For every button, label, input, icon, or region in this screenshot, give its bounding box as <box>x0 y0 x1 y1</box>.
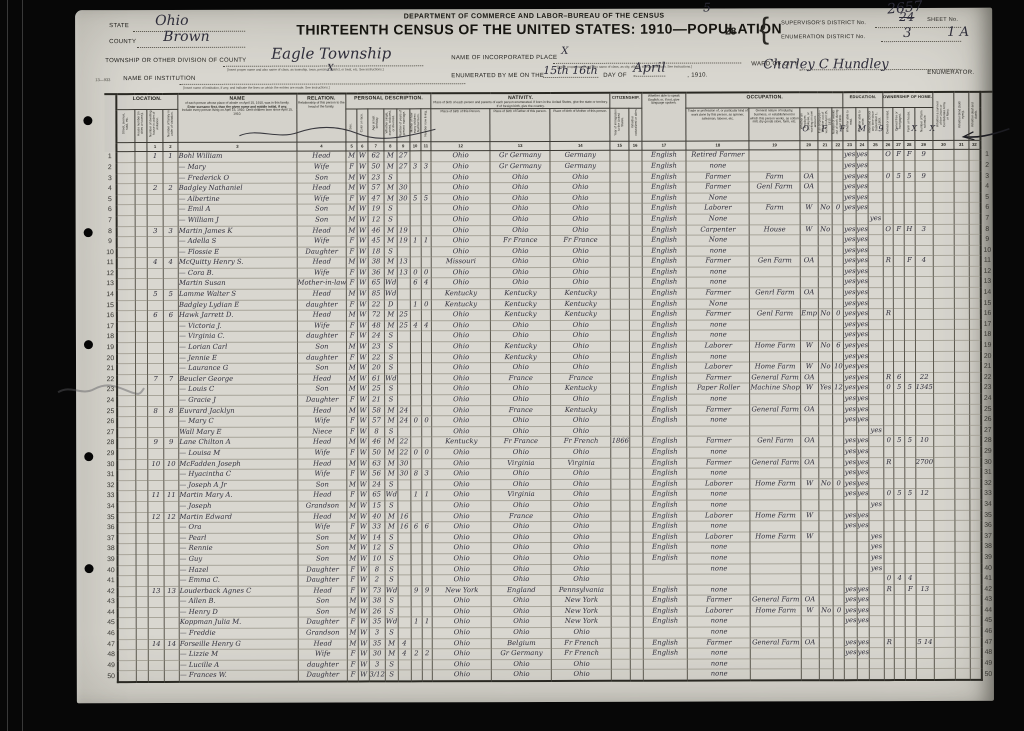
cell-cb <box>410 405 421 416</box>
column-number: 5 <box>346 142 357 151</box>
cell-df <box>970 510 982 521</box>
handwritten-entry: OA <box>804 182 815 190</box>
handwritten-entry: M <box>348 152 355 160</box>
cell-st <box>117 427 136 438</box>
handwritten-entry: 11 <box>167 491 176 499</box>
row-number-right: 38 <box>982 542 994 553</box>
cell-fh <box>905 468 916 479</box>
handwritten-entry: 9 <box>169 438 173 446</box>
cell-fh <box>904 341 915 352</box>
cell-bl <box>954 150 969 161</box>
handwritten-entry: 30 <box>399 194 408 202</box>
handwritten-entry: Ohio <box>512 321 528 329</box>
cell-sv <box>933 298 954 309</box>
cell-oc: none <box>687 394 750 405</box>
cell-fam <box>163 237 178 248</box>
handwritten-entry: yes <box>845 458 856 466</box>
cell-fh <box>904 330 915 341</box>
handwritten-entry: 26 <box>373 607 382 615</box>
cell-fh <box>905 415 916 426</box>
handwritten-entry: English <box>652 585 678 593</box>
cell-hn <box>136 523 148 534</box>
cell-dw: 13 <box>148 586 164 597</box>
col-birthplace-father: Place of birth of Father of this person. <box>490 109 550 142</box>
cell-cr: W <box>357 172 368 183</box>
handwritten-entry: W <box>805 225 812 233</box>
cell-wr <box>857 500 869 511</box>
handwritten-entry: none <box>710 352 727 360</box>
cell-oc: None <box>687 299 750 310</box>
handwritten-entry: Koppman Julia M. <box>180 618 242 626</box>
handwritten-entry: 40 <box>372 512 381 520</box>
cell-bp: Kentucky <box>431 299 490 310</box>
cell-oc <box>687 426 750 437</box>
cell-fm <box>894 627 905 638</box>
cell-hn <box>135 226 147 237</box>
cell-ym: 25 <box>397 310 410 321</box>
cell-fh <box>905 627 916 638</box>
handwritten-entry: W <box>359 226 366 234</box>
handwritten-entry: 4 <box>402 650 406 658</box>
cell-oc: Farmer <box>686 182 749 193</box>
cell-age: 35 <box>369 617 385 628</box>
cell-bp: Ohio <box>432 352 491 363</box>
cell-rel: daughter <box>297 300 347 311</box>
handwritten-entry: W <box>359 205 366 213</box>
handwritten-entry: R <box>887 638 892 646</box>
handwritten-entry: Head <box>313 491 331 499</box>
cell-rel: Wife <box>298 649 348 660</box>
cell-im <box>611 172 629 183</box>
cell-ind <box>749 150 799 161</box>
cell-wk <box>833 500 844 511</box>
column-number: 16 <box>629 142 642 151</box>
cell-rd: yes <box>843 171 855 182</box>
cell-hn <box>135 364 147 375</box>
cell-rd: yes <box>843 150 855 161</box>
cell-cls <box>801 574 819 585</box>
cell-sx: F <box>347 268 358 279</box>
cell-rel: Daughter <box>298 670 348 681</box>
handwritten-entry: yes <box>857 309 868 317</box>
cell-or <box>883 330 894 341</box>
cell-ow <box>819 637 834 648</box>
row-number-left: 46 <box>106 629 118 640</box>
cell-name: — Laurance G <box>179 363 298 374</box>
cell-bl <box>955 573 970 584</box>
cell-fam <box>164 650 179 661</box>
cell-cls <box>801 489 819 500</box>
handwritten-entry: 5 <box>908 436 912 444</box>
cell-fn <box>916 552 934 563</box>
cell-hn <box>135 237 147 248</box>
cell-bl <box>955 362 970 373</box>
handwritten-entry: none <box>710 331 727 339</box>
handwritten-entry: English <box>652 649 678 657</box>
cell-ms: S <box>384 342 397 353</box>
cell-fh <box>905 658 916 669</box>
handwritten-entry: none <box>710 553 727 561</box>
cell-rel: Grandson <box>298 501 348 512</box>
handwritten-entry: Wall Mary E <box>179 428 221 436</box>
cell-fh <box>905 563 916 574</box>
cell-wk <box>834 659 845 670</box>
township-value: Eagle Township <box>271 44 391 62</box>
row-number-right: 22 <box>981 372 993 383</box>
handwritten-entry: yes <box>844 203 855 211</box>
cell-hn <box>136 512 148 523</box>
cell-dw <box>148 332 164 343</box>
cell-na <box>629 182 642 193</box>
row-number-left: 7 <box>105 216 117 227</box>
row-number-left: 16 <box>105 311 117 322</box>
cell-fb: Ohio <box>491 532 551 543</box>
cell-mb: Germany <box>550 161 610 172</box>
cell-im <box>612 627 630 638</box>
cell-df <box>969 404 981 415</box>
cell-bp: Ohio <box>432 617 491 628</box>
handwritten-entry: 35 <box>373 618 382 626</box>
cell-fb: Ohio <box>491 331 551 342</box>
handwritten-entry: S <box>389 660 394 668</box>
cell-bp: Ohio <box>431 172 490 183</box>
cell-ym <box>398 628 411 639</box>
handwritten-entry: Ohio <box>573 278 589 286</box>
cell-en: English <box>642 373 687 384</box>
col-blind: Whether blind (both eyes). <box>954 92 969 141</box>
handwritten-entry: W <box>359 152 366 160</box>
punch-hole <box>84 340 93 349</box>
cell-oc: Laborer <box>687 203 750 214</box>
cell-fam <box>164 501 179 512</box>
handwritten-entry: M <box>348 215 355 223</box>
cell-wk: 12 <box>833 383 844 394</box>
cell-oc: none <box>687 415 750 426</box>
handwritten-entry: F <box>350 470 355 478</box>
cell-cb <box>411 575 422 586</box>
cell-cls: OA <box>800 288 818 299</box>
column-number: 2 <box>163 143 178 152</box>
cell-mb: Virginia <box>551 458 611 469</box>
cell-ind: General Farm <box>750 404 800 415</box>
handwritten-entry: Laborer <box>704 204 732 212</box>
cell-fb: Ohio <box>490 214 550 225</box>
row-number-left: 49 <box>106 660 118 671</box>
handwritten-entry: 20 <box>372 364 381 372</box>
cell-df <box>969 213 981 224</box>
cell-fn: 10 <box>915 436 933 447</box>
cell-bl <box>955 468 970 479</box>
row-number-right: 47 <box>982 637 994 648</box>
handwritten-entry: M <box>387 321 394 329</box>
cell-cl <box>422 660 432 671</box>
cell-sc <box>868 182 883 193</box>
column-number: 7 <box>368 142 384 151</box>
cell-name: McFadden Joseph <box>179 459 298 470</box>
cell-bp: Ohio <box>432 416 491 427</box>
handwritten-entry: 57 <box>372 417 381 425</box>
cell-hn <box>135 343 147 354</box>
handwritten-entry: daughter <box>306 353 338 361</box>
cell-sx: F <box>348 660 359 671</box>
cell-fb: Ohio <box>491 670 551 681</box>
cell-hn <box>135 268 147 279</box>
handwritten-entry: yes <box>871 553 882 561</box>
cell-ym <box>398 596 411 607</box>
year-label: , 1910. <box>687 73 707 79</box>
cell-en: English <box>642 458 687 469</box>
cell-age: 62 <box>368 151 384 162</box>
cell-age: 2 <box>369 575 385 586</box>
cell-mb: Ohio <box>550 246 610 257</box>
cell-cls <box>800 298 818 309</box>
cell-ms: Wd <box>384 289 397 300</box>
cell-en <box>643 564 688 575</box>
handwritten-entry: 6 <box>425 522 429 530</box>
cell-sx: M <box>347 459 358 470</box>
cell-bp: Ohio <box>432 373 491 384</box>
cell-mb: Ohio <box>551 468 611 479</box>
cell-ym <box>397 204 410 215</box>
handwritten-entry: W <box>806 511 813 519</box>
stamp-small-number: 5 <box>703 1 711 15</box>
cell-ms: M <box>384 321 397 332</box>
row-number-left: 48 <box>106 650 118 661</box>
cell-wr: yes <box>856 404 868 415</box>
cell-ind: Home Farm <box>750 532 800 543</box>
cell-cr: W <box>358 522 369 533</box>
handwritten-entry: Louderback Agnes C <box>180 586 252 594</box>
cell-fh <box>904 277 915 288</box>
cell-sx: F <box>347 278 358 289</box>
cell-cl <box>422 532 432 543</box>
handwritten-entry: Ohio <box>513 469 529 477</box>
cell-ind: Home Farm <box>750 362 800 373</box>
handwritten-entry: OA <box>804 373 815 381</box>
cell-df <box>969 298 981 309</box>
cell-ms: S <box>384 215 397 226</box>
cell-ind: General Farm <box>750 595 800 606</box>
handwritten-entry: W <box>360 586 367 594</box>
cell-rel: Head <box>297 310 347 321</box>
cell-name: — Adella S <box>178 236 297 247</box>
cell-fn <box>915 521 933 532</box>
handwritten-entry: Farmer <box>706 405 731 413</box>
cell-wr: yes <box>856 383 868 394</box>
handwritten-entry: 35 <box>373 639 382 647</box>
cell-cb <box>411 564 422 575</box>
cell-wr <box>857 542 869 553</box>
cell-oc: none <box>687 563 750 574</box>
cell-age: 26 <box>369 607 385 618</box>
cell-im <box>611 521 629 532</box>
cell-hn <box>135 311 147 322</box>
handwritten-entry: — Laurance G <box>179 364 228 372</box>
cell-cls: W <box>800 341 818 352</box>
cell-sc <box>869 468 884 479</box>
handwritten-entry: 5 <box>897 436 901 444</box>
cell-en: English <box>641 150 686 161</box>
cell-age: 18 <box>368 247 384 258</box>
cell-or: 0 <box>884 574 895 585</box>
cell-cr: W <box>357 331 368 342</box>
cell-name: Koppman Julia M. <box>179 618 298 629</box>
cell-en <box>643 574 688 585</box>
cell-rd: yes <box>844 415 856 426</box>
cell-ow <box>818 415 833 426</box>
cell-ym: 16 <box>398 511 411 522</box>
cell-sx: F <box>347 586 358 597</box>
cell-bp: Ohio <box>431 225 490 236</box>
handwritten-entry: Ohio <box>512 247 528 255</box>
cell-im <box>611 458 629 469</box>
cell-wr: yes <box>857 478 869 489</box>
cell-ow <box>819 584 834 595</box>
cell-fam <box>163 300 178 311</box>
cell-rd <box>845 627 857 638</box>
cell-bl <box>955 648 970 659</box>
cell-oc: none <box>687 553 750 564</box>
cell-cr: W <box>357 342 368 353</box>
cell-mb: Fr French <box>551 638 611 649</box>
cell-ms: M <box>385 405 398 416</box>
cell-fn: 3 <box>915 224 933 235</box>
handwritten-entry: English <box>651 278 677 286</box>
cell-fh <box>905 637 916 648</box>
cell-na <box>630 468 643 479</box>
handwritten-entry: 13 <box>399 258 408 266</box>
cell-cl <box>422 501 432 512</box>
cell-df <box>969 425 981 436</box>
handwritten-entry: 4 <box>908 574 912 582</box>
cell-bl <box>955 457 970 468</box>
cell-fm <box>894 605 905 616</box>
cell-sx: F <box>346 162 357 173</box>
cell-en: English <box>642 182 687 193</box>
handwritten-entry: W <box>360 650 367 658</box>
cell-sc <box>870 669 885 680</box>
handwritten-entry: W <box>360 597 367 605</box>
cell-sc <box>869 298 884 309</box>
cell-rel: Wife <box>297 162 347 173</box>
cell-sc <box>869 351 884 362</box>
cell-fam: 1 <box>163 152 178 163</box>
cell-wk <box>833 436 844 447</box>
cell-wr: yes <box>857 457 869 468</box>
cell-bp: Ohio <box>432 384 491 395</box>
handwritten-entry: yes <box>857 405 868 413</box>
cell-sv <box>933 224 954 235</box>
handwritten-entry: 30 <box>400 469 409 477</box>
cell-rel: Daughter <box>298 617 348 628</box>
handwritten-entry: Ohio <box>453 363 469 371</box>
cell-ms: S <box>385 543 398 554</box>
cell-rel: daughter <box>298 660 348 671</box>
cell-st <box>117 512 136 523</box>
cell-fam <box>164 480 179 491</box>
handwritten-entry: 0 <box>424 300 428 308</box>
cell-name: — Albertine <box>178 194 297 205</box>
cell-sc <box>869 309 884 320</box>
punch-hole <box>84 228 93 237</box>
cell-sv <box>934 510 955 521</box>
handwritten-entry: Daughter <box>305 247 338 255</box>
cell-fam <box>164 448 179 459</box>
cell-ow <box>819 542 834 553</box>
cell-rel: Head <box>298 490 348 501</box>
cell-cl <box>422 511 432 522</box>
cell-im <box>611 373 629 384</box>
cell-hn <box>135 353 147 364</box>
handwritten-entry: yes <box>845 595 856 603</box>
cell-im <box>611 257 629 268</box>
cell-en: English <box>642 341 687 352</box>
handwritten-entry: yes <box>857 320 868 328</box>
handwritten-entry: Ohio <box>453 321 469 329</box>
cell-oc: Farmer <box>687 288 750 299</box>
cell-fh <box>904 182 915 193</box>
handwritten-entry: yes <box>857 458 868 466</box>
handwritten-entry: Kentucky <box>504 300 536 308</box>
row-number-left: 50 <box>106 671 118 682</box>
cell-fam <box>164 554 179 565</box>
cell-fm: 5 <box>894 383 905 394</box>
cell-bp: Ohio <box>432 659 491 670</box>
handwritten-entry: 3 <box>168 226 172 234</box>
handwritten-entry: 1 <box>168 152 172 160</box>
row-number-left: 44 <box>106 607 118 618</box>
handwritten-entry: Ohio <box>454 565 470 573</box>
handwritten-entry: M <box>388 448 395 456</box>
cell-na <box>630 670 643 681</box>
handwritten-entry: M <box>349 364 356 372</box>
handwritten-entry: Ohio <box>573 522 589 530</box>
cell-wk <box>833 553 844 564</box>
handwritten-entry: 5 <box>908 489 912 497</box>
handwritten-entry: none <box>710 447 727 455</box>
cell-fn <box>915 531 933 542</box>
handwritten-entry: F <box>350 576 355 584</box>
handwritten-entry: Ohio <box>572 268 588 276</box>
handwritten-entry: F <box>350 523 355 531</box>
handwritten-entry: No <box>821 606 831 614</box>
cell-cl <box>421 225 431 236</box>
cell-en: English <box>643 542 688 553</box>
handwritten-entry: 15 <box>372 501 381 509</box>
cell-df <box>969 234 981 245</box>
row-number-left: 5 <box>105 194 117 205</box>
cell-or: O <box>883 150 894 161</box>
handwritten-entry: Ohio <box>573 511 589 519</box>
cell-st <box>116 162 135 173</box>
handwritten-entry: Ohio <box>453 173 469 181</box>
handwritten-entry: W <box>360 629 367 637</box>
cell-dw: 1 <box>147 152 163 163</box>
cell-sv <box>933 245 954 256</box>
cell-cb <box>410 310 421 321</box>
cell-ow <box>818 330 833 341</box>
cell-ow <box>819 574 834 585</box>
cell-im <box>612 659 630 670</box>
handwritten-entry: Son <box>316 385 329 393</box>
handwritten-entry: Ohio <box>573 448 589 456</box>
cell-name: — Emil A <box>178 204 297 215</box>
cell-en: English <box>642 246 687 257</box>
cell-fh <box>905 648 916 659</box>
handwritten-entry: — Gracie J <box>179 396 216 404</box>
cell-fm: 5 <box>893 171 904 182</box>
cell-wk <box>833 542 844 553</box>
